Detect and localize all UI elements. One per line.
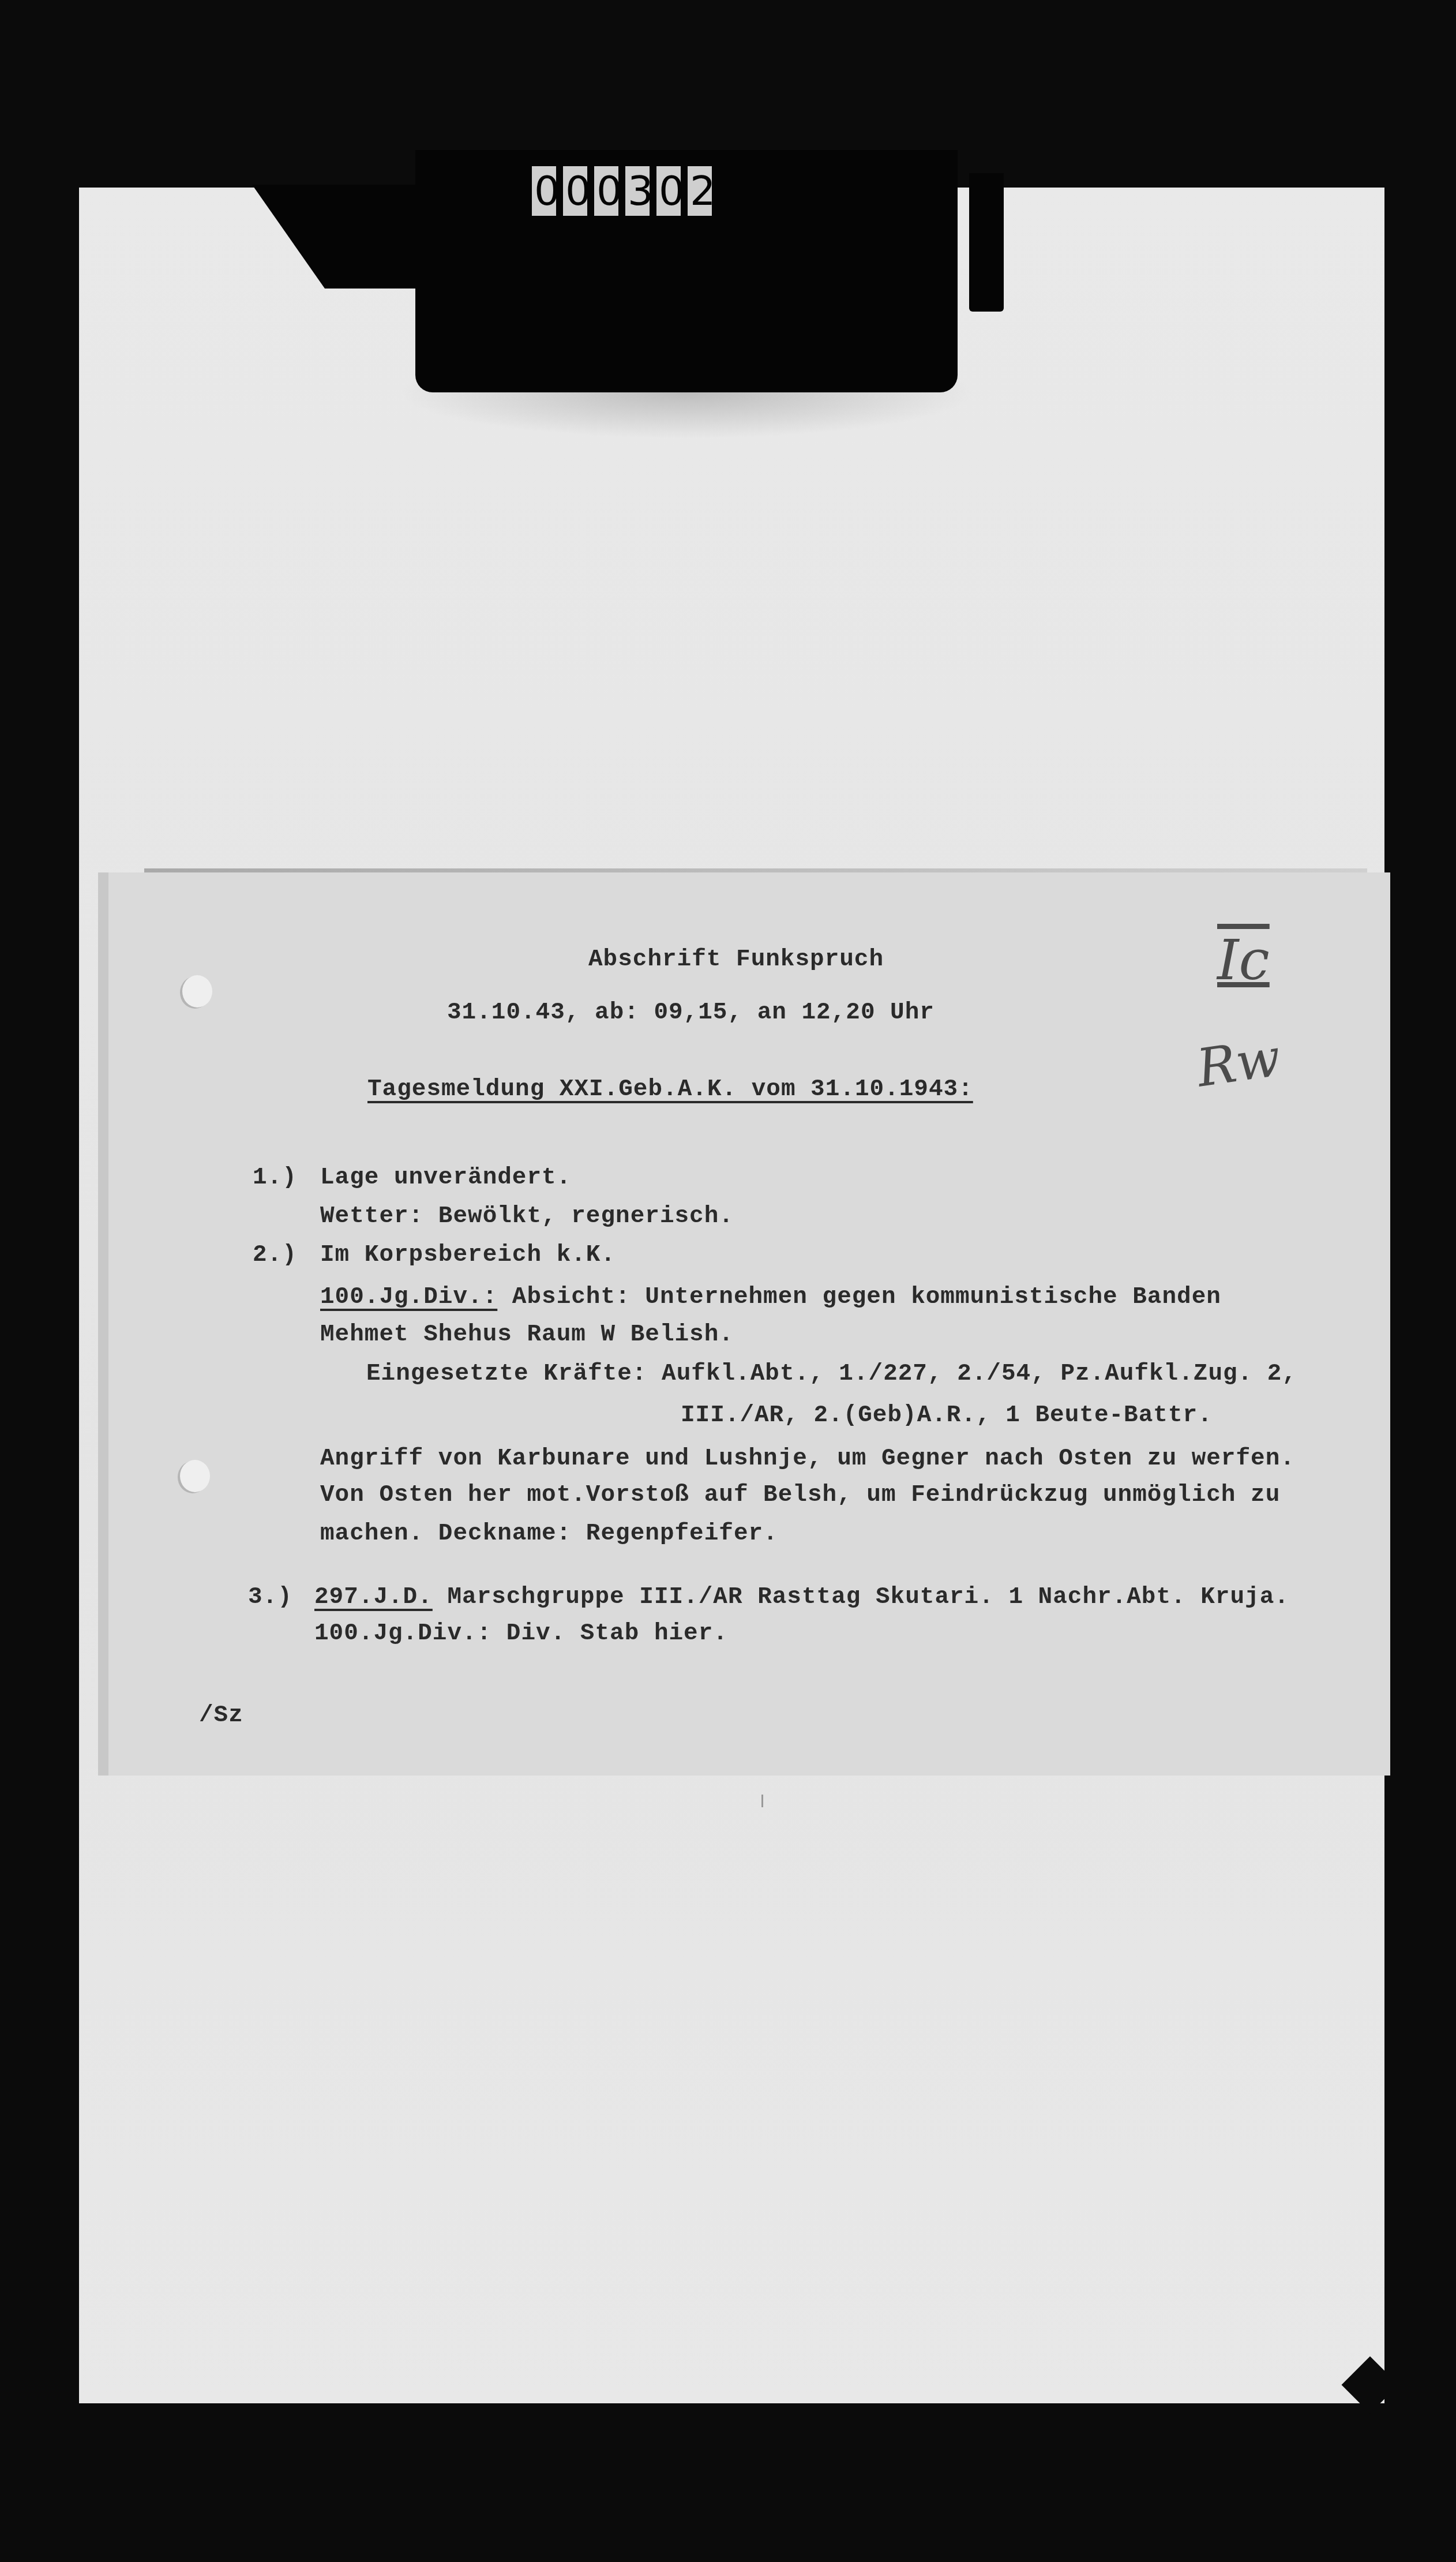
frame-counter: 0 0 0 3 0 2 [532,166,712,216]
continuation-line: machen. Deckname: Regenpfeifer. [320,1520,778,1547]
unit-label: 100.Jg.Div.: [320,1284,497,1310]
counter-digit: 0 [594,166,618,216]
typist-initials: /Sz [199,1702,243,1729]
section-number: 3.) [248,1584,292,1610]
counter-digit: 0 [532,166,556,216]
counter-digit: 0 [563,166,587,216]
handwritten-ic-mark: Ic [1217,929,1270,992]
counter-digit: 0 [656,166,681,216]
continuation-line: Mehmet Shehus Raum W Belish. [320,1321,734,1348]
timestamp-line: 31.10.43, ab: 09,15, an 12,20 Uhr [447,999,935,1026]
continuation-line: Von Osten her mot.Vorstoß auf Belsh, um … [320,1482,1280,1508]
punch-hole-bottom [180,1460,210,1492]
unit-line: 297.J.D. Marschgruppe III./AR Rasttag Sk… [314,1584,1289,1610]
report-heading: Tagesmeldung XXI.Geb.A.K. vom 31.10.1943… [367,1076,973,1103]
counter-side-tab [969,173,1004,312]
section-number: 1.) [253,1164,297,1191]
paper-mark [761,1795,763,1807]
document-title: Abschrift Funkspruch [588,946,884,973]
section-line: Im Korpsbereich k.K. [320,1242,616,1268]
section-number: 2.) [253,1242,297,1268]
continuation-line: 100.Jg.Div.: Div. Stab hier. [314,1620,728,1647]
unit-line: 100.Jg.Div.: Absicht: Unternehmen gegen … [320,1284,1221,1310]
continuation-line: III./AR, 2.(Geb)A.R., 1 Beute-Battr. [681,1402,1213,1429]
punch-hole-top [182,975,212,1007]
unit-label: 297.J.D. [314,1584,433,1610]
continuation-line: Angriff von Karbunare und Lushnje, um Ge… [320,1445,1295,1472]
handwritten-initials: Rw [1193,1027,1284,1099]
counter-digit: 2 [688,166,712,216]
unit-text: Marschgruppe III./AR Rasttag Skutari. 1 … [433,1584,1289,1610]
counter-digit: 3 [625,166,650,216]
continuation-line: Eingesetzte Kräfte: Aufkl.Abt., 1./227, … [366,1361,1297,1387]
section-line: Wetter: Bewölkt, regnerisch. [320,1203,734,1230]
unit-text: Absicht: Unternehmen gegen kommunistisch… [497,1284,1221,1310]
section-line: Lage unverändert. [320,1164,571,1191]
